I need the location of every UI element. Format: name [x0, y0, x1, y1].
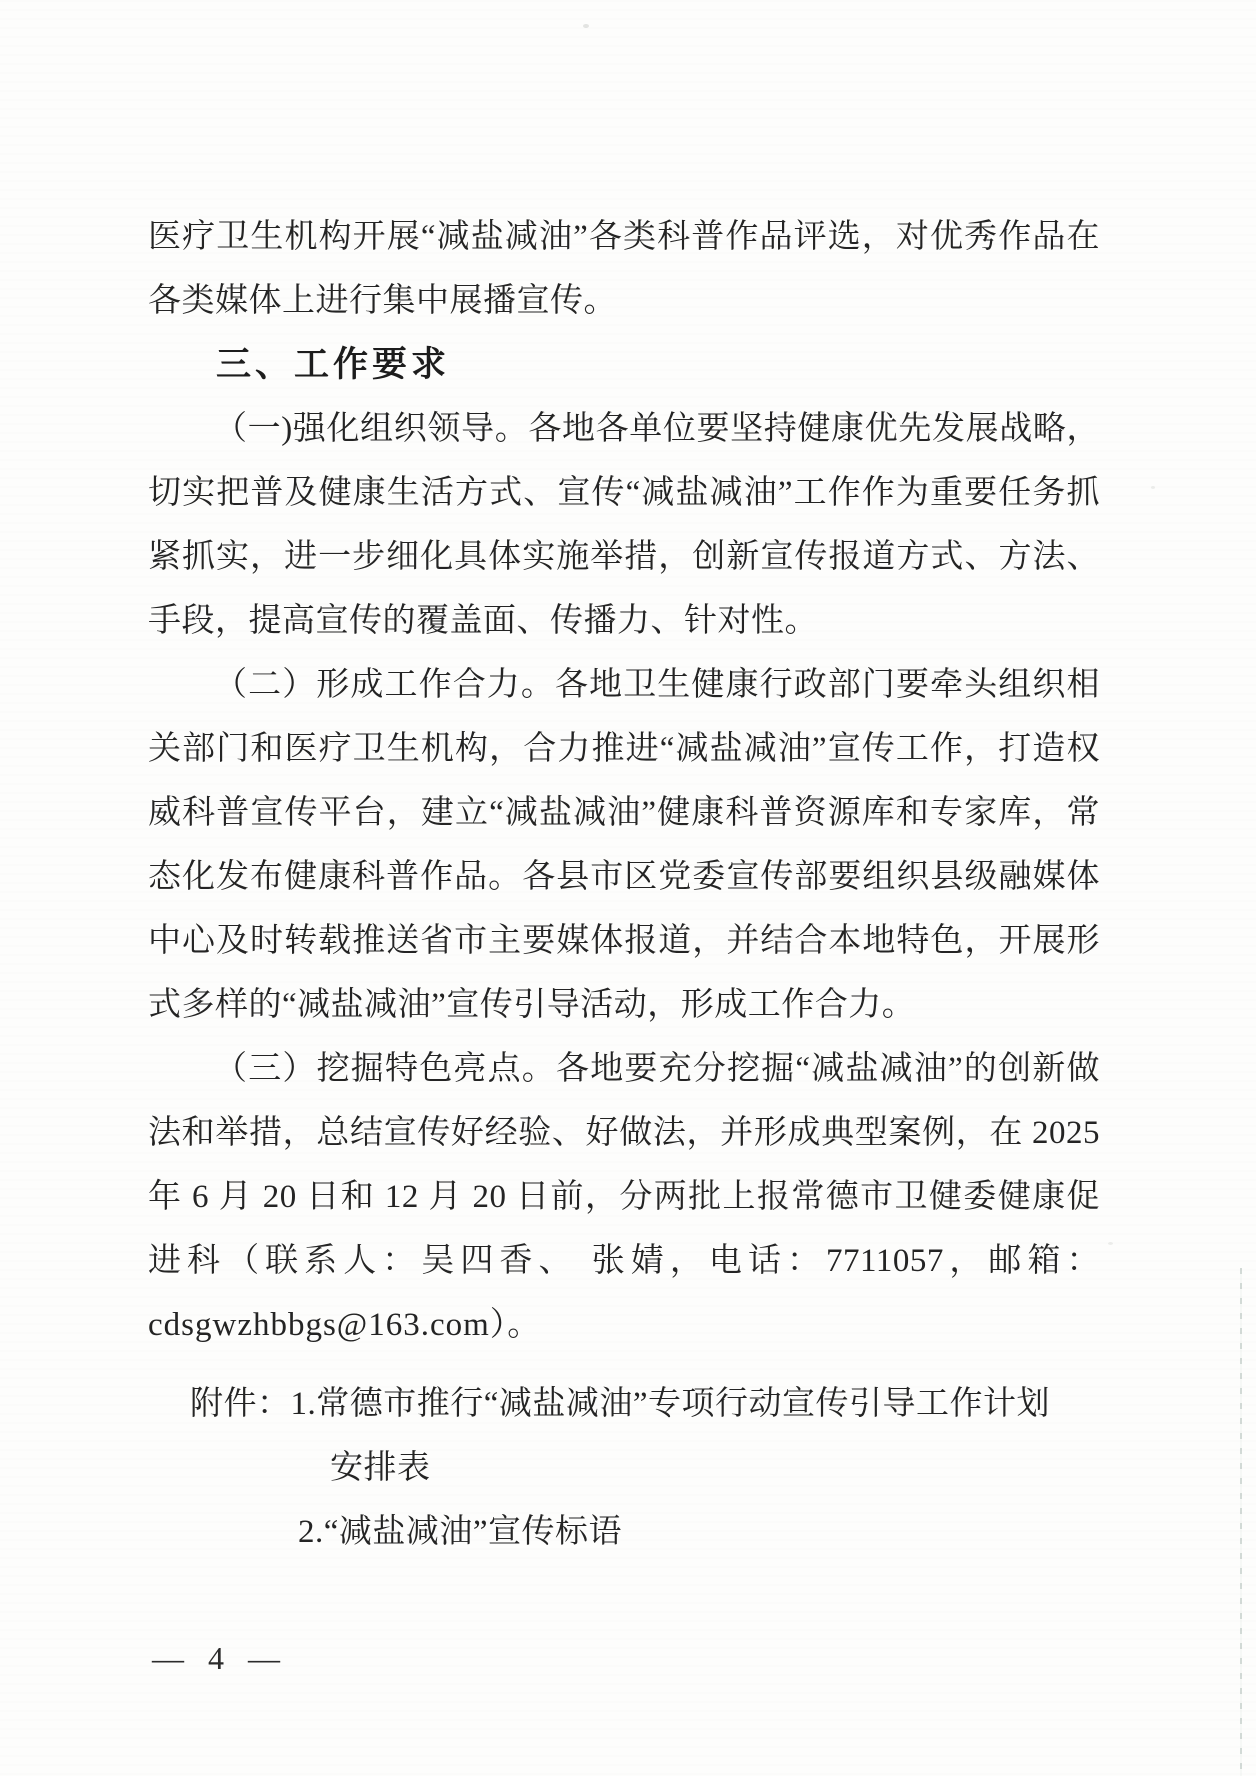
body-line: 态化发布健康科普作品。各县市区党委宣传部要组织县级融媒体	[148, 845, 1100, 909]
attachment-line: 安排表	[148, 1436, 1100, 1500]
scan-speck	[583, 24, 589, 28]
attachment-line: 附件：1.常德市推行“减盐减油”专项行动宣传引导工作计划	[148, 1372, 1100, 1436]
body-line: （一)强化组织领导。各地各单位要坚持健康优先发展战略，	[148, 397, 1100, 461]
attachment-line: 2.“减盐减油”宣传标语	[148, 1500, 1100, 1564]
body-line: 式多样的“减盐减油”宣传引导活动，形成工作合力。	[148, 973, 1100, 1037]
body-line: （二）形成工作合力。各地卫生健康行政部门要牵头组织相	[148, 653, 1100, 717]
attachment-block: 附件：1.常德市推行“减盐减油”专项行动宣传引导工作计划 安排表 2.“减盐减油…	[148, 1372, 1100, 1564]
body-line: 年 6 月 20 日和 12 月 20 日前，分两批上报常德市卫健委健康促	[148, 1165, 1100, 1229]
body-line: cdsgwzhbbgs@163.com）。	[148, 1293, 1100, 1357]
body-line: 紧抓实，进一步细化具体实施举措，创新宣传报道方式、方法、	[148, 525, 1100, 589]
body-line: 切实把普及健康生活方式、宣传“减盐减油”工作作为重要任务抓	[148, 461, 1100, 525]
body-line: 进科（联系人：吴四香、 张婧，电话：7711057，邮箱：	[148, 1229, 1100, 1293]
body-line: 法和举措，总结宣传好经验、好做法，并形成典型案例，在 2025	[148, 1101, 1100, 1165]
page-number: — 4 —	[152, 1640, 288, 1677]
document-page: 医疗卫生机构开展“减盐减油”各类科普作品评选，对优秀作品在 各类媒体上进行集中展…	[0, 0, 1256, 1776]
body-line: 各类媒体上进行集中展播宣传。	[148, 269, 1100, 333]
body-line: 威科普宣传平台，建立“减盐减油”健康科普资源库和专家库，常	[148, 781, 1100, 845]
text-block: 医疗卫生机构开展“减盐减油”各类科普作品评选，对优秀作品在 各类媒体上进行集中展…	[148, 205, 1100, 1564]
body-line: 手段，提高宣传的覆盖面、传播力、针对性。	[148, 589, 1100, 653]
scan-artifact-line	[1240, 1268, 1242, 1776]
scan-speck	[1151, 486, 1155, 489]
body-line: 医疗卫生机构开展“减盐减油”各类科普作品评选，对优秀作品在	[148, 205, 1100, 269]
section-heading: 三、工作要求	[148, 333, 1100, 397]
scan-speck	[1108, 1242, 1113, 1245]
body-line: （三）挖掘特色亮点。各地要充分挖掘“减盐减油”的创新做	[148, 1037, 1100, 1101]
body-line: 中心及时转载推送省市主要媒体报道，并结合本地特色，开展形	[148, 909, 1100, 973]
body-line: 关部门和医疗卫生机构，合力推进“减盐减油”宣传工作，打造权	[148, 717, 1100, 781]
